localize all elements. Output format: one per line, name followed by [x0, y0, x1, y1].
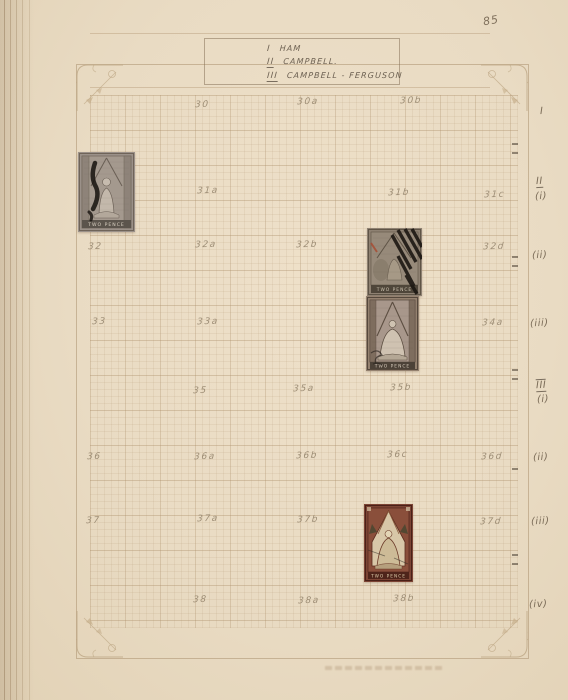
- page-number: 85: [482, 13, 500, 29]
- catalog-number-label: 32: [88, 242, 103, 253]
- catalog-number-label: 31b: [388, 188, 411, 199]
- stamp-inscription: TWO PENCE: [374, 363, 410, 369]
- stamp-inscription: TWO PENCE: [87, 222, 125, 228]
- pencil-tick: [512, 256, 518, 258]
- legend-name: CAMPBELL - FERGUSON: [287, 71, 403, 80]
- catalog-number-label: 33a: [197, 317, 219, 328]
- margin-subsection-label: (i): [537, 394, 550, 406]
- catalog-number-label: 30b: [400, 96, 423, 107]
- catalog-number-label: 35: [193, 386, 208, 397]
- page-edge-line: [16, 0, 17, 700]
- catalog-number-label: 38: [193, 595, 208, 606]
- margin-subsection-label: (iv): [529, 599, 548, 611]
- margin-subsection-label: (iii): [530, 318, 549, 330]
- stamp-queen-on-throne-red-brown: TWO PENCE: [364, 504, 413, 582]
- catalog-number-label: 37: [86, 516, 101, 527]
- margin-subsection-label: (i): [535, 191, 548, 203]
- stamp-queen-on-throne-barred: TWO PENCE: [367, 228, 422, 296]
- catalog-number-label: 30a: [297, 97, 319, 108]
- margin-subsection-label: (ii): [532, 250, 548, 262]
- margin-subsection-label: (iii): [531, 516, 550, 528]
- stamp-queen-on-throne-lilac: TWO PENCE: [366, 296, 419, 371]
- catalog-number-label: 31c: [484, 190, 506, 201]
- margin-subsection-label: (ii): [533, 452, 549, 464]
- catalog-number-label: 38a: [298, 596, 320, 607]
- stamp-album-page: 85 IHAM IICAMPBELL. IIICAMPBELL - FERGUS…: [0, 0, 568, 700]
- pencil-tick: [512, 265, 518, 267]
- catalog-number-label: 34a: [482, 318, 504, 329]
- stamp-inscription: TWO PENCE: [370, 573, 406, 579]
- catalog-number-label: 31a: [197, 186, 219, 197]
- page-edge-line: [29, 0, 30, 700]
- pencil-tick: [512, 152, 518, 154]
- catalog-number-label: 30: [195, 100, 210, 111]
- corner-ornament: [76, 64, 124, 112]
- pencil-tick: [512, 143, 518, 145]
- pencil-tick: [512, 563, 518, 565]
- catalog-number-label: 32d: [483, 242, 506, 253]
- legend-name: CAMPBELL.: [283, 57, 338, 66]
- margin-section-label: I: [540, 106, 544, 117]
- quadrille-grid: [90, 95, 518, 628]
- legend-numeral: I: [267, 44, 271, 54]
- legend-line: IICAMPBELL.: [267, 57, 400, 68]
- ledger-line: [90, 33, 490, 34]
- margin-section-label: II: [536, 176, 544, 188]
- catalog-number-label: 38b: [393, 594, 416, 605]
- ledger-line: [90, 87, 490, 88]
- pencil-tick: [512, 468, 518, 470]
- catalog-number-label: 33: [92, 317, 107, 328]
- pencil-tick: [512, 554, 518, 556]
- catalog-number-label: 37a: [197, 514, 219, 525]
- catalog-number-label: 37b: [297, 515, 320, 526]
- catalog-number-label: 36b: [296, 451, 319, 462]
- corner-ornament: [76, 610, 124, 658]
- catalog-number-label: 35b: [390, 383, 413, 394]
- legend-name: HAM: [279, 44, 301, 53]
- legend-line: IIICAMPBELL - FERGUSON: [267, 71, 400, 82]
- page-edge-line: [10, 0, 11, 700]
- catalog-number-label: 36d: [481, 452, 504, 463]
- album-imprint: [325, 666, 443, 670]
- stamp-queen-on-throne-grey: TWO PENCE: [78, 152, 135, 232]
- legend-numeral: II: [267, 57, 275, 68]
- catalog-number-label: 36: [87, 452, 102, 463]
- pencil-tick: [512, 369, 518, 371]
- catalog-number-label: 36a: [194, 452, 216, 463]
- catalog-number-label: 36c: [387, 450, 409, 461]
- page-edge-line: [4, 0, 5, 700]
- corner-ornament: [480, 64, 528, 112]
- margin-section-label: III: [536, 379, 547, 393]
- corner-ornament: [480, 610, 528, 658]
- pencil-tick: [512, 378, 518, 380]
- stamp-inscription: TWO PENCE: [376, 287, 412, 293]
- catalog-number-label: 32b: [296, 240, 319, 251]
- catalog-number-label: 37d: [480, 517, 503, 528]
- catalog-number-label: 32a: [195, 240, 217, 251]
- legend-line: IHAM: [267, 44, 400, 54]
- classification-legend-box: IHAM IICAMPBELL. IIICAMPBELL - FERGUSON: [204, 38, 400, 85]
- legend-numeral: III: [267, 71, 279, 82]
- page-edge-line: [22, 0, 23, 700]
- catalog-number-label: 35a: [293, 384, 315, 395]
